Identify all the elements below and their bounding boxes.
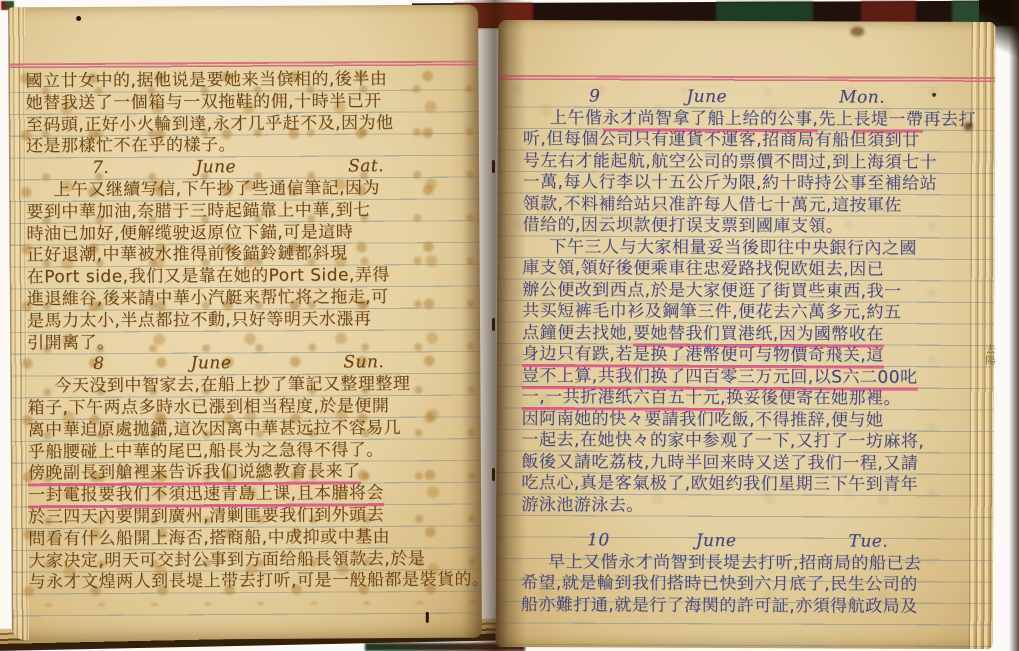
diary-text: 一起去,在她快々的家中参观了一下,又打了一坊麻将,: [521, 430, 924, 452]
header-num: 7.: [92, 158, 109, 178]
header-month: June: [696, 531, 737, 551]
header-num: 8: [93, 354, 104, 374]
diary-text: 上午偕: [550, 108, 603, 128]
diary-text: 庫支領,領好後便乘車往忠爱路找倪欧姐去,因已: [522, 258, 884, 280]
red-underlined-text: 傍晚副長到艙裡来告诉我们说總教育長来了: [28, 462, 361, 484]
diary-text: 引開离了。: [27, 332, 115, 353]
diary-text: 今天没到中智家去,在船上抄了筆記又整理整理: [54, 374, 410, 396]
header-day: Sat.: [348, 156, 384, 176]
diary-text: 游泳池游泳去。: [521, 495, 644, 516]
diary-line: 听,但每個公司只有運貨不運客,招商局有船但須到廿: [523, 129, 989, 153]
diary-line: 豈不上算,共我们换了四百零三万元回,以S六二00叱: [522, 366, 988, 390]
pink-margin-rule: [498, 75, 995, 83]
diary-line: 吃点心,真是客氣极了,欧姐约我们星期三下午到青年: [521, 473, 987, 497]
diary-line: 上午又继續写信,下午抄了些通信筆記,因为: [26, 178, 474, 203]
diary-text: 下午三人与大家相量妥当後即往中央銀行內之國: [549, 237, 917, 259]
diary-text: 点鐘便去找她,: [522, 323, 633, 343]
diary-text-right: 9JuneMon.上午偕永才尚智拿了船上给的公事,先上長堤一帶再去打听,但每個公…: [521, 86, 989, 618]
diary-line: 傍晚副長到艙裡来告诉我们说總教育長来了: [28, 461, 476, 486]
diary-text: 与永才文煌两人到長堤上带去打听,可是一般船都是裝貨的。: [29, 570, 482, 593]
diary-text: 至码頭,正好小火輪到達,永才几乎赶不及,因为他: [26, 113, 394, 135]
diary-text: 於三四天內要開到廣州,清剿匪要我们到外頭去: [28, 505, 384, 527]
header-month: June: [686, 87, 727, 107]
diary-line: 一封電报要我们不須迅速青島上课,且本腊将会: [28, 483, 476, 508]
diary-text: 换妥後便寄在她那裡。: [726, 388, 901, 409]
header-day: Sun.: [343, 353, 384, 373]
red-underlined-text: 長堤一帶: [853, 109, 923, 129]
ink-speck: [76, 16, 81, 21]
left-page: 國立廿女中的,据他说是要她来当傧相的,後半由她替我送了一個箱与一双拖鞋的佣,十時…: [8, 5, 482, 641]
diary-line: 今天没到中智家去,在船上抄了筆記又整理整理: [27, 374, 475, 399]
diary-text: 時油已加好,便解缆驶返原位下錨,可是這時: [26, 222, 353, 244]
diary-text: 飯後又請吃荔枝,九時半回来時又送了我们一程,又請: [521, 452, 918, 474]
diary-text: 大家决定,明天可交封公事到方面给船長領款去,於是: [28, 548, 425, 570]
red-underlined-text: 豈不上算,共我们换了四百零三万元回,以S六二00叱: [522, 366, 918, 388]
diary-line: 要到中華加油,奈腊于三時起錨靠上中華,到七: [26, 199, 474, 224]
diary-line: 飯後又請吃荔枝,九時半回来時又送了我们一程,又請: [521, 452, 987, 476]
diary-line: 早上又偕永才尚智到長堤去打听,招商局的船已去: [521, 552, 987, 576]
diary-line: 还是那樣忙不在乎的樣子。: [26, 134, 474, 159]
diary-text: 希望,就是輪到我们搭時已快到六月底了,民生公司的: [521, 573, 918, 595]
diary-line: 希望,就是輪到我们搭時已快到六月底了,民生公司的: [521, 573, 987, 597]
diary-line: 乎船腰碰上中華的尾巴,船長为之急得不得了。: [28, 439, 476, 464]
diary-text: 箱子,下午两点多時水已漲到相当程度,於是便開: [27, 396, 389, 418]
entry-date-header: 8JuneSun.: [27, 352, 475, 377]
diary-line: 領款,不料補给站只准許每人借七十萬元,這按軍佐: [523, 194, 989, 218]
right-page: 9JuneMon.上午偕永才尚智拿了船上给的公事,先上長堤一帶再去打听,但每個公…: [496, 20, 996, 649]
diary-line: 於三四天內要開到廣州,清剿匪要我们到外頭去: [28, 505, 476, 530]
diary-line: 時油已加好,便解缆驶返原位下錨,可是這時: [26, 221, 474, 246]
pink-margin-rule: [8, 61, 478, 69]
diary-line: 一,一共折港纸六百五十元,换妥後便寄在她那裡。: [522, 387, 988, 411]
diary-text: 正好退潮,中華被水推得前後錨鈴鏈都斜現: [27, 244, 348, 266]
diary-text: 她替我送了一個箱与一双拖鞋的佣,十時半已开: [26, 91, 382, 113]
diary-text: 在Port side,我们又是靠在她的Port Side,弄得: [27, 265, 390, 287]
diary-scan: 國立廿女中的,据他说是要她来当傧相的,後半由她替我送了一個箱与一双拖鞋的佣,十時…: [0, 0, 1019, 651]
diary-text-left: 國立廿女中的,据他说是要她来当傧相的,後半由她替我送了一個箱与一双拖鞋的佣,十時…: [25, 69, 476, 595]
book-edge-right: [1009, 0, 1019, 651]
header-day: Mon.: [839, 87, 885, 107]
diary-line: 辦公便改到西点,於是大家便逛了街買些東西,我一: [522, 280, 988, 304]
entry-date-header: 7.JuneSat.: [26, 156, 474, 181]
diary-text: 船亦難打通,就是行了海関的許可証,亦須得航政局及: [521, 595, 918, 617]
diary-line: 一萬,每人行李以十五公斤为限,約十時持公事至補给站: [523, 172, 989, 196]
diary-text: 領款,不料補给站只准許每人借七十萬元,這按軍佐: [523, 194, 902, 216]
diary-text: 乎船腰碰上中華的尾巴,船長为之急得不得了。: [28, 440, 384, 462]
red-underlined-text: 身边只有跌,若是换了港幣便可与物價奇飛关,這: [522, 344, 884, 366]
binding-stitch: [492, 468, 495, 481]
diary-text: 是馬力太小,半点都拉不動,只好等明天水漲再: [27, 309, 371, 331]
diary-text: 还是那樣忙不在乎的樣子。: [26, 135, 236, 156]
diary-line: 身边只有跌,若是换了港幣便可与物價奇飛关,這: [522, 344, 988, 368]
diary-line: 引開离了。: [27, 330, 475, 355]
diary-text: 要到中華加油,奈腊于三時起錨靠上中華,到七: [26, 200, 370, 222]
diary-line: 共买短裤毛巾衫及鋼筆三件,便花去六萬多元,約五: [522, 301, 988, 325]
diary-line: 借给的,因云坝款便打误支票到國庫支領。: [522, 215, 988, 239]
diary-line: 点鐘便去找她,要她替我们買港纸,因为國幣收在: [522, 323, 988, 347]
binding-stitch: [492, 160, 495, 173]
diary-line: 号左右才能起航,航空公司的票價不問过,到上海須七十: [523, 151, 989, 175]
diary-text: 离中華迫原處拋錨,這次因离中華甚远拉不容易几: [28, 418, 402, 440]
diary-text: 問看有什么船開上海否,搭商船,中成抑或中基由: [28, 527, 390, 549]
diary-text: 進退維谷,後来請中華小汽艇来帮忙将之拖走,可: [27, 287, 389, 309]
diary-line: 箱子,下午两点多時水已漲到相当程度,於是便開: [27, 396, 475, 421]
header-num: 10: [587, 530, 610, 550]
header-month: June: [195, 157, 236, 177]
red-underlined-text: 要她替我们買港纸,因为國幣收在: [633, 323, 884, 344]
diary-text: 一萬,每人行李以十五公斤为限,約十時持公事至補给站: [523, 172, 937, 194]
diary-line: 國立廿女中的,据他说是要她来当傧相的,後半由: [25, 69, 473, 94]
diary-text: 國立廿女中的,据他说是要她来当傧相的,後半由: [25, 69, 387, 91]
entry-date-header: 10JuneTue.: [521, 530, 987, 554]
diary-line: 是馬力太小,半点都拉不動,只好等明天水漲再: [27, 308, 475, 333]
red-underlined-text: 一封電报要我们不須迅速青島上课,且本腊将会: [28, 483, 384, 505]
diary-text: 号左右才能起航,航空公司的票價不問过,到上海須七十: [523, 151, 937, 173]
diary-text: 吃点心,真是客氣极了,欧姐约我们星期三下午到青年: [521, 473, 918, 495]
binding-stitch: [492, 318, 495, 331]
pen-mark: [426, 612, 429, 623]
diary-line: 下午三人与大家相量妥当後即往中央銀行內之國: [522, 237, 988, 261]
ink-speck: [932, 93, 936, 97]
diary-line: 上午偕永才尚智拿了船上给的公事,先上長堤一帶再去打: [523, 108, 989, 132]
diary-line: 她替我送了一個箱与一双拖鞋的佣,十時半已开: [26, 90, 474, 115]
stain: [850, 26, 864, 36]
diary-line: 正好退潮,中華被水推得前後錨鈴鏈都斜現: [27, 243, 475, 268]
diary-line: 至码頭,正好小火輪到達,永才几乎赶不及,因为他: [26, 112, 474, 137]
diary-line: 游泳池游泳去。: [521, 495, 987, 519]
diary-text: 早上又偕永才尚智到長堤去打听,招商局的船已去: [548, 552, 921, 574]
diary-line: 船亦難打通,就是行了海関的許可証,亦須得航政局及: [521, 595, 987, 619]
diary-line: 問看有什么船開上海否,搭商船,中成抑或中基由: [28, 526, 476, 551]
diary-text: 因阿南她的快々要請我们吃飯,不得推辞,便与她: [522, 409, 884, 431]
red-underlined-text: 一,一共折港纸六百五十元,: [522, 387, 726, 408]
red-underlined-text: 永才尚智拿了船上给的公事,: [602, 108, 818, 129]
diary-line: 庫支領,領好後便乘車往忠爱路找倪欧姐去,因已: [522, 258, 988, 282]
stain: [964, 122, 973, 131]
header-num: 9: [589, 86, 600, 106]
diary-text: 借给的,因云坝款便打误支票到國庫支領。: [522, 215, 843, 236]
diary-line: 在Port side,我们又是靠在她的Port Side,弄得: [27, 265, 475, 290]
diary-line: 一起去,在她快々的家中参观了一下,又打了一坊麻将,: [521, 430, 987, 454]
diary-text: 听,但每個公司只有運貨不運客,招商局有船但須到廿: [523, 129, 920, 151]
diary-line: 与永才文煌两人到長堤上带去打听,可是一般船都是裝貨的。: [29, 570, 477, 595]
diary-line: 大家决定,明天可交封公事到方面给船長領款去,於是: [28, 548, 476, 573]
header-month: June: [191, 353, 232, 373]
diary-text: 共买短裤毛巾衫及鋼筆三件,便花去六萬多元,約五: [522, 301, 901, 323]
header-day: Tue.: [848, 531, 888, 551]
diary-text: 上午又继續写信,下午抄了些通信筆記,因为: [53, 178, 380, 200]
diary-line: 离中華迫原處拋錨,這次因离中華甚远拉不容易几: [28, 417, 476, 442]
entry-date-header: 9JuneMon.: [523, 86, 989, 110]
margin-note: 去陽: [981, 344, 996, 366]
diary-line: 進退維谷,後来請中華小汽艇来帮忙将之拖走,可: [27, 287, 475, 312]
diary-text: 先上: [818, 109, 853, 129]
diary-text: 辦公便改到西点,於是大家便逛了街買些東西,我一: [522, 280, 901, 302]
diary-line: 因阿南她的快々要請我们吃飯,不得推辞,便与她: [522, 409, 988, 433]
